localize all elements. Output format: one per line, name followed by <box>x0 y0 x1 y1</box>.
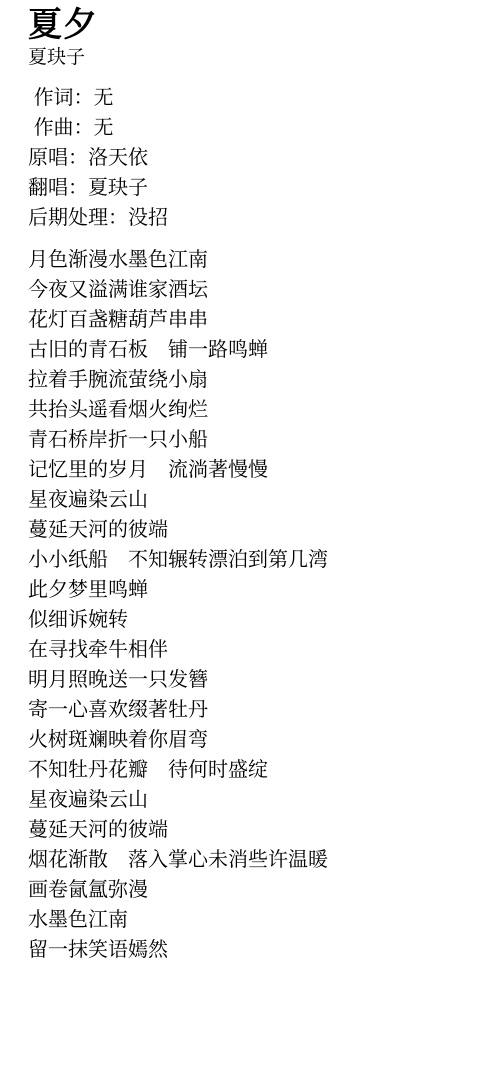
lyrics-page: 夏夕 夏玦子 作词：无 作曲：无原唱：洛天依翻唱：夏玦子后期处理：没招 月色渐漫… <box>0 0 500 1090</box>
lyric-line: 青石桥岸折一只小船 <box>28 425 490 455</box>
lyric-line: 明月照晚送一只发簪 <box>28 665 490 695</box>
lyric-line: 星夜遍染云山 <box>28 485 490 515</box>
song-info-block: 作词：无 作曲：无原唱：洛天依翻唱：夏玦子后期处理：没招 <box>28 83 490 233</box>
lyric-line: 今夜又溢满谁家酒坛 <box>28 275 490 305</box>
lyric-line: 不知牡丹花瓣 待何时盛绽 <box>28 755 490 785</box>
lyric-line: 月色渐漫水墨色江南 <box>28 245 490 275</box>
lyric-line: 画卷氤氲弥漫 <box>28 875 490 905</box>
lyric-line: 蔓延天河的彼端 <box>28 515 490 545</box>
lyric-line: 似细诉婉转 <box>28 605 490 635</box>
lyric-line: 留一抹笑语嫣然 <box>28 935 490 965</box>
meta-line: 翻唱：夏玦子 <box>28 173 490 203</box>
lyric-line: 蔓延天河的彼端 <box>28 815 490 845</box>
lyric-line: 拉着手腕流萤绕小扇 <box>28 365 490 395</box>
lyric-line: 古旧的青石板 铺一路鸣蝉 <box>28 335 490 365</box>
song-title: 夏夕 <box>28 5 490 45</box>
lyric-line: 记忆里的岁月 流淌著慢慢 <box>28 455 490 485</box>
lyric-line: 此夕梦里鸣蝉 <box>28 575 490 605</box>
meta-line: 作词：无 <box>28 83 490 113</box>
lyric-line: 花灯百盏糖葫芦串串 <box>28 305 490 335</box>
lyric-line: 小小纸船 不知辗转漂泊到第几湾 <box>28 545 490 575</box>
meta-line: 作曲：无 <box>28 113 490 143</box>
lyric-line: 共抬头遥看烟火绚烂 <box>28 395 490 425</box>
lyric-line: 水墨色江南 <box>28 905 490 935</box>
lyric-line: 烟花渐散 落入掌心未消些许温暖 <box>28 845 490 875</box>
lyric-line: 在寻找牵牛相伴 <box>28 635 490 665</box>
meta-line: 原唱：洛天依 <box>28 143 490 173</box>
lyrics-block: 月色渐漫水墨色江南今夜又溢满谁家酒坛花灯百盏糖葫芦串串古旧的青石板 铺一路鸣蝉拉… <box>28 245 490 965</box>
lyric-line: 星夜遍染云山 <box>28 785 490 815</box>
artist-name: 夏玦子 <box>28 45 490 71</box>
lyric-line: 寄一心喜欢缀著牡丹 <box>28 695 490 725</box>
meta-line: 后期处理：没招 <box>28 203 490 233</box>
lyric-line: 火树斑斓映着你眉弯 <box>28 725 490 755</box>
